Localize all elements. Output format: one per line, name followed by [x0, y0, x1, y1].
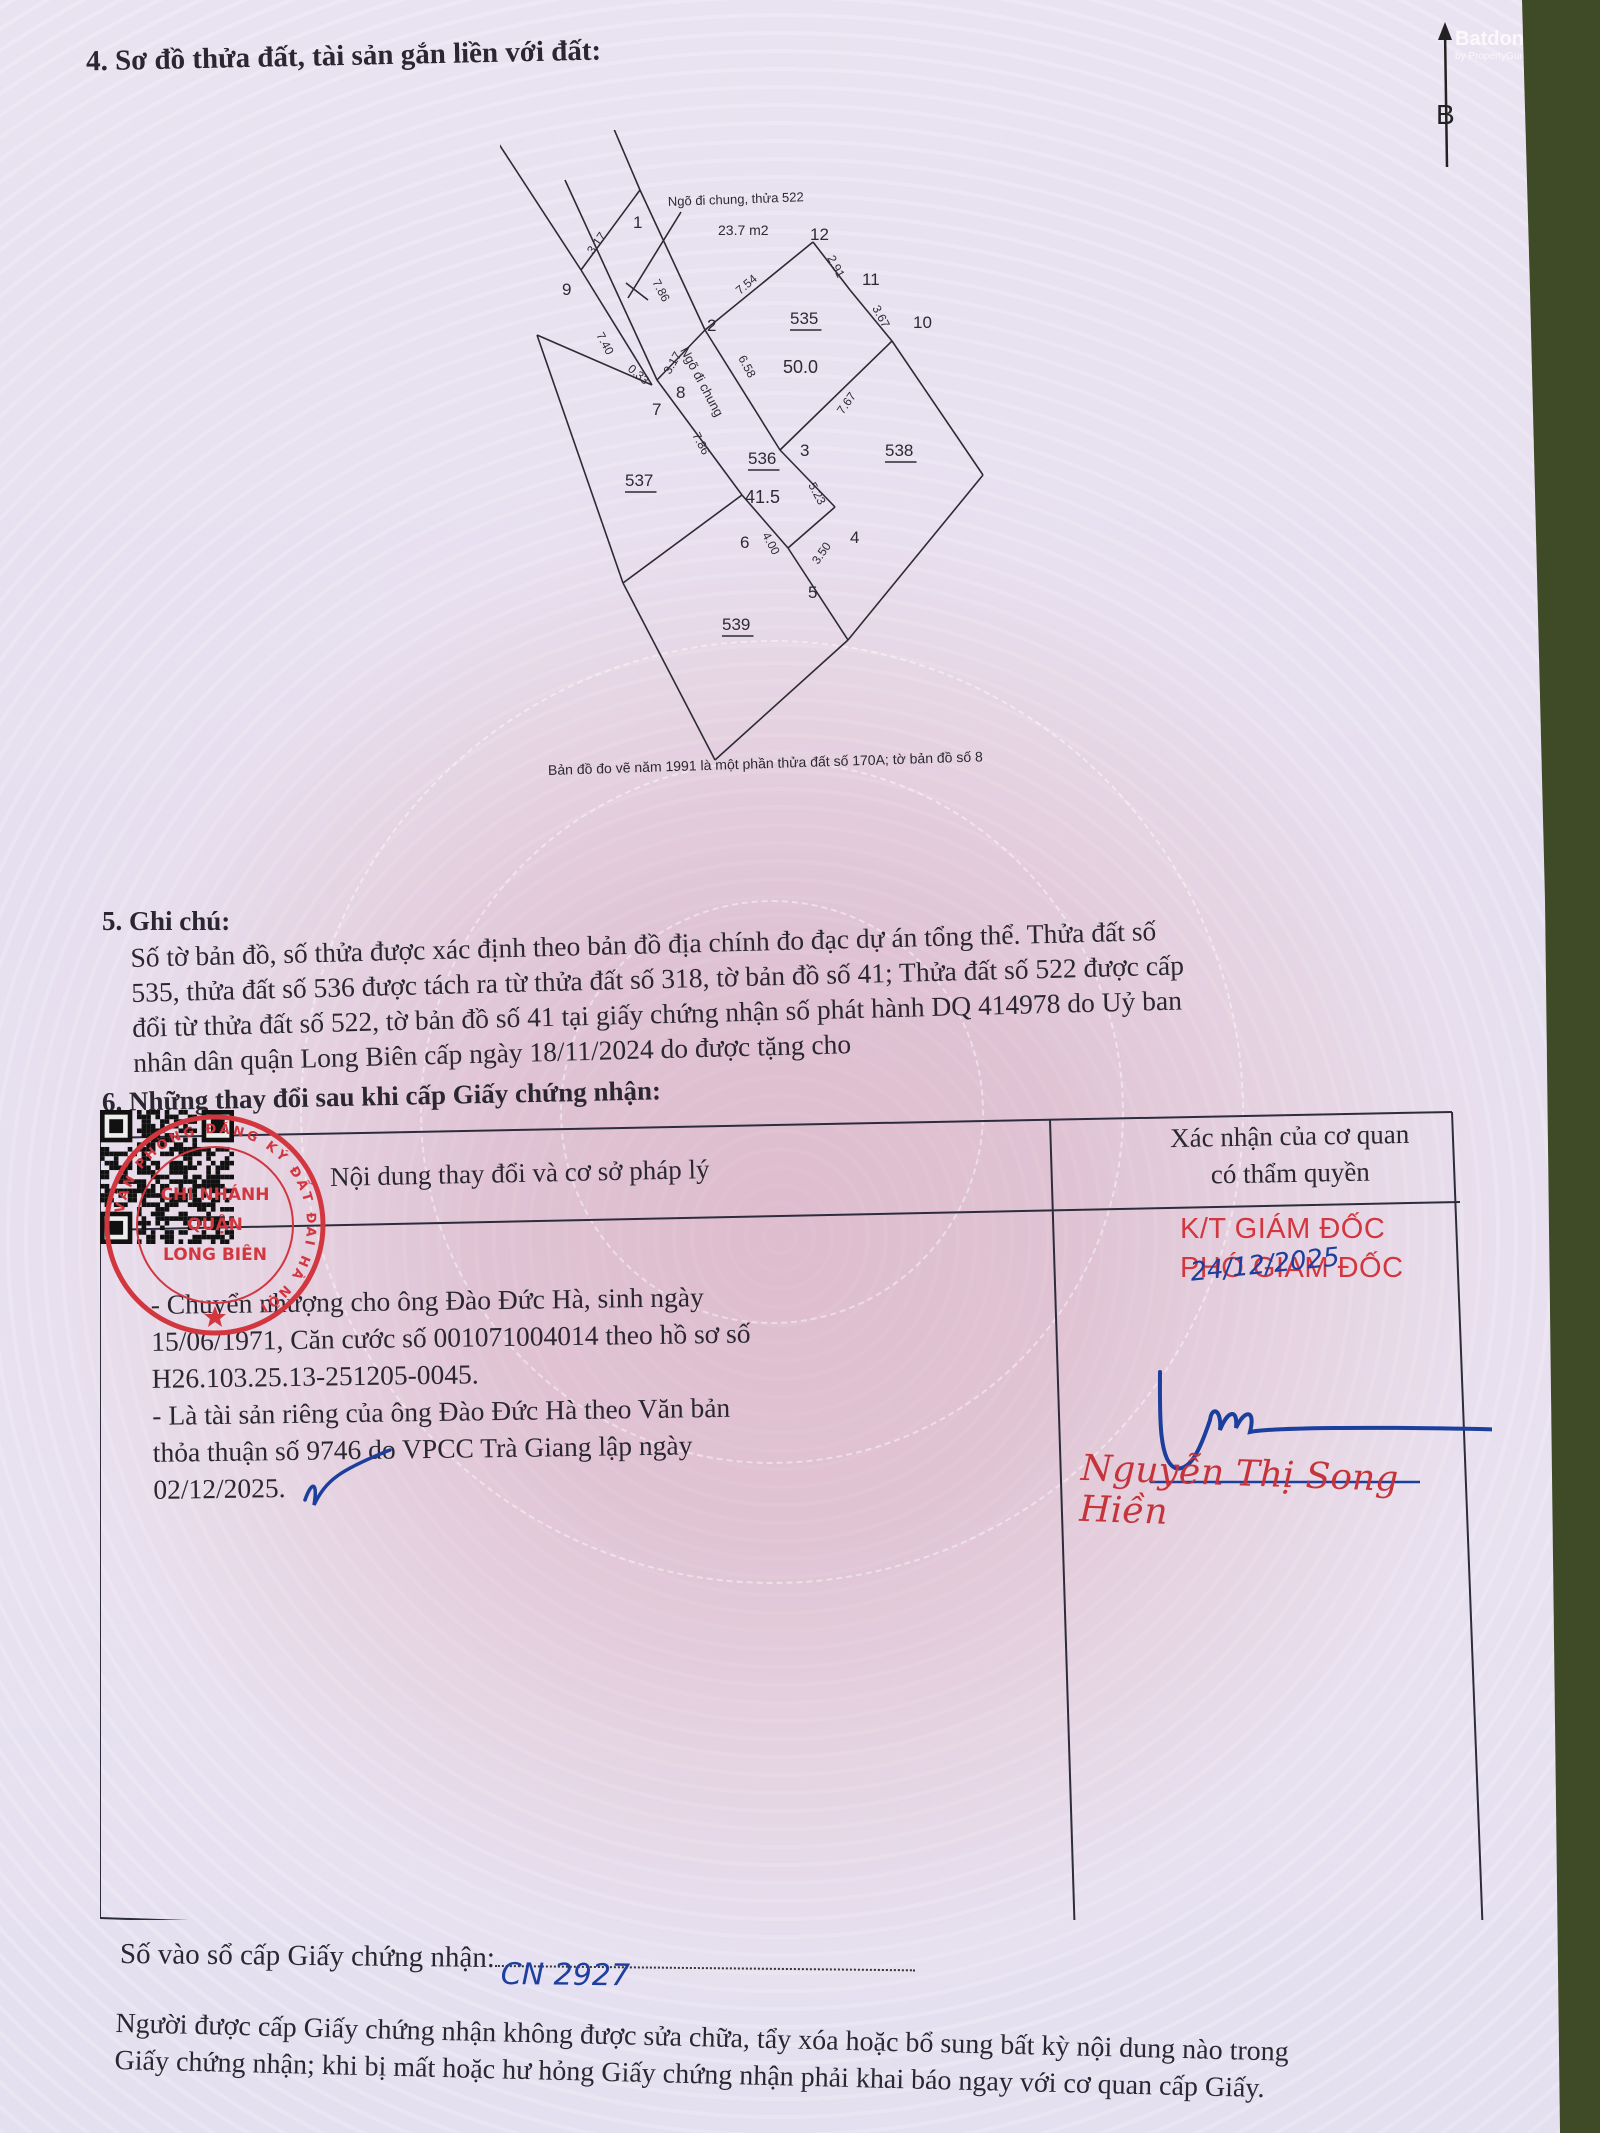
svg-text:3.17: 3.17 [584, 229, 609, 256]
svg-text:41.5: 41.5 [745, 487, 780, 507]
section-5-notes: Số tờ bản đồ, số thửa được xác định theo… [130, 905, 1453, 1080]
svg-text:50.0: 50.0 [783, 357, 818, 377]
svg-text:6: 6 [740, 533, 749, 552]
svg-text:12: 12 [810, 225, 829, 244]
section-4-title: 4. Sơ đồ thửa đất, tài sản gắn liền với … [86, 35, 602, 79]
svg-text:5.23: 5.23 [805, 480, 828, 507]
svg-text:2: 2 [707, 316, 716, 335]
svg-text:4: 4 [850, 528, 859, 547]
registration-label: Số vào sổ cấp Giấy chứng nhận: [120, 1938, 495, 1974]
registration-number: Số vào sổ cấp Giấy chứng nhận:CN 2927 [120, 1938, 915, 1979]
svg-text:7: 7 [652, 400, 661, 419]
svg-text:23.7 m2: 23.7 m2 [718, 222, 769, 238]
footer-notice: Người được cấp Giấy chứng nhận không đượ… [114, 2005, 1495, 2113]
svg-text:7.86: 7.86 [689, 430, 712, 457]
signer-name: Nguyễn Thị Song Hiền [1079, 1448, 1494, 1544]
registration-value: CN 2927 [501, 1957, 631, 1993]
svg-text:Ngõ đi chung, thửa 522: Ngõ đi chung, thửa 522 [668, 189, 804, 209]
svg-text:4.00: 4.00 [759, 530, 782, 557]
certificate-page: 4. Sơ đồ thửa đất, tài sản gắn liền với … [0, 0, 1560, 2133]
svg-text:9: 9 [562, 280, 571, 299]
svg-text:535: 535 [790, 309, 818, 328]
svg-text:539: 539 [722, 615, 750, 634]
section-5-title: 5. Ghi chú: [102, 906, 230, 937]
svg-text:5: 5 [808, 583, 817, 602]
svg-text:537: 537 [625, 471, 653, 490]
svg-text:6.58: 6.58 [735, 353, 758, 380]
svg-text:7.40: 7.40 [593, 330, 616, 357]
svg-text:536: 536 [748, 449, 776, 468]
svg-text:10: 10 [913, 313, 932, 332]
changes-table: Nội dung thay đổi và cơ sở pháp lý Xác n… [100, 1110, 1492, 1920]
svg-text:3.50: 3.50 [809, 539, 834, 566]
north-label: B [1436, 99, 1455, 130]
svg-text:7.86: 7.86 [649, 277, 672, 304]
svg-text:2.91: 2.91 [824, 253, 847, 280]
svg-text:11: 11 [862, 270, 880, 289]
svg-text:8: 8 [676, 383, 685, 402]
svg-text:1: 1 [633, 213, 642, 232]
svg-text:3: 3 [800, 441, 809, 460]
svg-text:Ngõ đi chung: Ngõ đi chung [677, 344, 726, 419]
svg-text:7.54: 7.54 [733, 271, 760, 297]
parcel-diagram: Ngõ đi chung, thửa 52223.7 m212345678910… [500, 130, 1100, 810]
watermark-logo: Batdongsan.com.vn by PropertyGuru [1455, 28, 1600, 62]
svg-text:538: 538 [885, 441, 913, 460]
